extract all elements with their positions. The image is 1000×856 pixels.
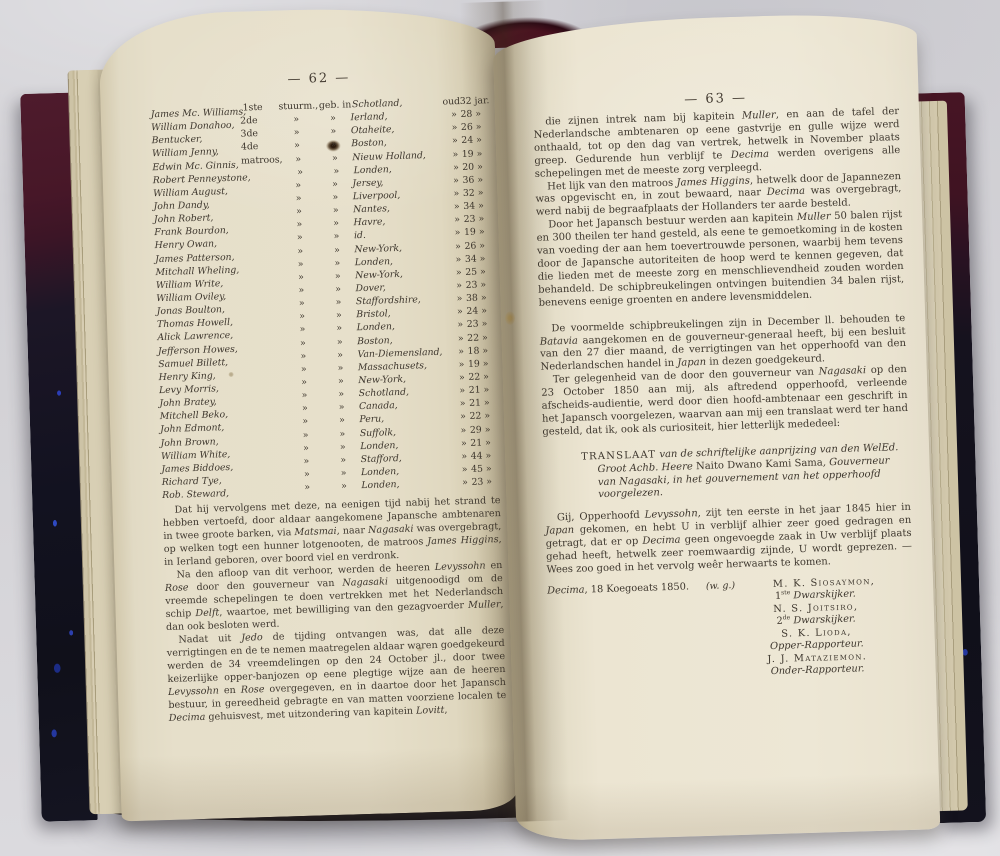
- crew-age: 22: [466, 411, 482, 422]
- crew-rank: [245, 346, 284, 347]
- crew-age-prefix: »: [449, 306, 463, 317]
- paragraph: Dat hij vervolgens met deze, na eenigen …: [162, 494, 502, 569]
- crew-age-suffix: »: [473, 148, 490, 159]
- crew-age-suffix: »: [476, 240, 493, 251]
- crew-birthplace: New-York,: [355, 267, 448, 281]
- crew-birthplace: Bristol,: [356, 307, 449, 321]
- crew-age-suffix: »: [475, 200, 492, 211]
- crew-rank: [246, 398, 285, 399]
- crew-rank: [243, 280, 282, 281]
- crew-rank-ditto: »: [285, 376, 324, 388]
- crew-born-in: »: [324, 388, 359, 400]
- crew-rank-ditto: »: [281, 258, 320, 270]
- crew-age-prefix: »: [450, 346, 464, 357]
- crew-birthplace: Boston,: [357, 333, 450, 347]
- crew-birthplace: Jersey,: [352, 175, 445, 189]
- crew-age: 24: [463, 306, 479, 317]
- crew-birthplace: Londen,: [360, 438, 453, 452]
- crew-age: 21: [465, 398, 481, 409]
- crew-rank-ditto: »: [287, 455, 326, 467]
- crew-rank: [245, 359, 284, 360]
- crew-birthplace: Londen,: [355, 254, 448, 268]
- crew-rank-ditto: stuurm.,: [278, 100, 318, 112]
- crew-rank: [248, 451, 287, 452]
- crew-age-suffix: »: [475, 187, 492, 198]
- crew-born-in: »: [319, 244, 354, 256]
- crew-age: 25: [461, 266, 477, 277]
- crew-rank: [242, 254, 281, 255]
- paragraph: Nadat uit Jedo de tijding ontvangen was,…: [166, 624, 507, 725]
- crew-rank-ditto: »: [277, 127, 316, 139]
- crew-born-in: »: [323, 375, 358, 387]
- crew-born-in: »: [324, 401, 359, 413]
- crew-rank: [247, 425, 286, 426]
- crew-age-suffix: »: [472, 108, 489, 119]
- crew-rank-ditto: »: [286, 416, 325, 428]
- crew-age: 21: [467, 437, 483, 448]
- crew-rank-ditto: »: [282, 297, 321, 309]
- crew-age-prefix: »: [448, 254, 462, 265]
- crew-born-in: »: [319, 218, 354, 230]
- crew-rank: [248, 438, 287, 439]
- crew-rank-ditto: »: [280, 219, 319, 231]
- crew-rank-ditto: »: [281, 271, 320, 283]
- crew-rank: [247, 412, 286, 413]
- crew-age: 23: [463, 319, 479, 330]
- crew-born-in: »: [316, 139, 351, 151]
- crew-age-suffix: »: [476, 227, 493, 238]
- crew-rank-ditto: »: [284, 350, 323, 362]
- crew-age-suffix: »: [482, 450, 499, 461]
- crew-rank-ditto: »: [285, 402, 324, 414]
- crew-age: 24: [458, 135, 474, 146]
- crew-age-suffix: »: [474, 161, 491, 172]
- crew-age-prefix: »: [444, 122, 458, 133]
- crew-born-in: »: [326, 454, 361, 466]
- crew-rank-ditto: »: [283, 324, 322, 336]
- paragraph: Ter gelegenheid van de door den gouverne…: [541, 364, 909, 439]
- crew-born-in: »: [320, 257, 355, 269]
- crew-age-prefix: »: [454, 464, 468, 475]
- crew-birthplace: Peru,: [359, 412, 452, 426]
- crew-rank-ditto: »: [287, 468, 326, 480]
- crew-age: 19: [464, 358, 480, 369]
- crew-age-suffix: »: [482, 424, 499, 435]
- crew-rank: [240, 188, 279, 189]
- crew-age: 21: [465, 385, 481, 396]
- crew-age-suffix: »: [481, 397, 498, 408]
- crew-rank-ditto: »: [281, 166, 320, 178]
- crew-age: 22: [465, 372, 481, 383]
- crew-age: 20: [459, 161, 475, 172]
- crew-age-suffix: »: [480, 384, 497, 395]
- crew-born-in: »: [322, 336, 357, 348]
- crew-age: 22: [463, 332, 479, 343]
- crew-age-prefix: »: [452, 411, 466, 422]
- crew-age-suffix: jar.: [471, 95, 488, 106]
- crew-birthplace: Ierland,: [350, 110, 443, 124]
- crew-age-prefix: »: [443, 109, 457, 120]
- crew-birthplace: Dover,: [355, 280, 448, 294]
- crew-rank: [243, 293, 282, 294]
- crew-rank-ditto: »: [279, 153, 318, 165]
- crew-age-prefix: »: [451, 359, 465, 370]
- crew-rank: [241, 201, 280, 202]
- crew-rank: matroos,: [239, 154, 279, 166]
- crew-rank-ditto: »: [288, 481, 327, 493]
- right-page-paragraphs: die zijnen intrek nam bij kapitein Mulle…: [533, 106, 908, 439]
- crew-rank: [241, 215, 280, 216]
- crew-rank-ditto: »: [287, 442, 326, 454]
- crew-age-prefix: »: [451, 372, 465, 383]
- crew-birthplace: Londen,: [361, 464, 454, 478]
- crew-age-suffix: »: [480, 371, 497, 382]
- crew-born-in: »: [321, 296, 356, 308]
- crew-born-in: »: [317, 178, 352, 190]
- crew-rank-ditto: »: [284, 363, 323, 375]
- crew-age-suffix: »: [478, 292, 495, 303]
- crew-age: 34: [460, 201, 476, 212]
- crew-age-suffix: »: [480, 358, 497, 369]
- crew-birthplace: Canada,: [359, 399, 452, 413]
- crew-born-in: »: [318, 191, 353, 203]
- crew-age: 38: [462, 293, 478, 304]
- crew-rank: 3de: [238, 128, 277, 140]
- signature-block: Decima, 18 Koegoeats 1850. (w. g.) M. K.…: [547, 575, 916, 684]
- crew-born-in: »: [319, 231, 354, 243]
- crew-birthplace: Schotland,: [359, 386, 452, 400]
- crew-age-prefix: »: [452, 398, 466, 409]
- crew-rank-ditto: »: [280, 232, 319, 244]
- crew-age: 44: [467, 450, 483, 461]
- crew-list: James Mc. Williams, 1ste stuurm., geb. i…: [151, 95, 501, 499]
- crew-age-suffix: »: [483, 476, 500, 487]
- crew-age: 23: [468, 477, 484, 488]
- crew-age-prefix: »: [446, 214, 460, 225]
- crew-born-in: »: [321, 283, 356, 295]
- crew-age: 45: [467, 463, 483, 474]
- page-number-right: — 63 —: [530, 12, 898, 112]
- crew-age: 32: [456, 96, 471, 107]
- crew-rank: [244, 307, 283, 308]
- crew-age: 26: [461, 240, 477, 251]
- crew-age-prefix: »: [444, 136, 458, 147]
- crew-birthplace: Liverpool,: [353, 188, 446, 202]
- crew-age: 19: [460, 227, 476, 238]
- crew-age-suffix: »: [478, 318, 495, 329]
- crew-age: 26: [457, 122, 473, 133]
- crew-age-suffix: »: [473, 121, 490, 132]
- crew-rank-ditto: »: [279, 192, 318, 204]
- crew-age-suffix: »: [475, 213, 492, 224]
- crew-birthplace: Van-Diemensland,: [357, 346, 450, 360]
- crew-rank: [249, 490, 288, 491]
- crew-age-suffix: »: [478, 305, 495, 316]
- page-number-left: — 62 —: [148, 4, 488, 91]
- crew-birthplace: id.: [354, 228, 447, 242]
- crew-born-in: »: [320, 270, 355, 282]
- dateline: Decima, 18 Koegoeats 1850.: [547, 581, 689, 596]
- crew-birthplace: Nantes,: [353, 202, 446, 216]
- crew-age-prefix: oud: [442, 96, 456, 107]
- crew-age: 18: [464, 345, 480, 356]
- crew-rank: [248, 464, 287, 465]
- crew-age-prefix: »: [445, 149, 459, 160]
- crew-age-prefix: »: [445, 175, 459, 186]
- crew-age-prefix: »: [450, 333, 464, 344]
- translaat-heading: TRANSLAAT van de schriftelijke aanprijzi…: [543, 442, 910, 504]
- crew-born-in: »: [317, 152, 352, 164]
- crew-age-suffix: »: [477, 279, 494, 290]
- crew-rank-ditto: »: [283, 311, 322, 323]
- crew-rank-ditto: »: [282, 284, 321, 296]
- crew-age-prefix: »: [448, 280, 462, 291]
- crew-born-in: »: [326, 480, 361, 492]
- crew-born-in: »: [316, 126, 351, 138]
- crew-age-prefix: »: [449, 293, 463, 304]
- crew-age-suffix: »: [482, 437, 499, 448]
- crew-name: Rob. Steward,: [162, 488, 249, 502]
- crew-birthplace: Londen,: [361, 477, 454, 491]
- crew-rank: 4de: [239, 141, 278, 153]
- crew-age-prefix: »: [447, 241, 461, 252]
- page-right-content: — 63 — die zijnen intrek nam bij kapitei…: [492, 11, 935, 685]
- crew-age-prefix: »: [453, 438, 467, 449]
- crew-born-in: »: [323, 349, 358, 361]
- crew-age: 28: [457, 109, 473, 120]
- crew-age-suffix: »: [477, 266, 494, 277]
- crew-age-prefix: »: [446, 188, 460, 199]
- crew-age-suffix: »: [477, 253, 494, 264]
- crew-born-in: geb. in: [318, 99, 352, 111]
- crew-rank-ditto: »: [286, 429, 325, 441]
- crew-age-prefix: »: [451, 385, 465, 396]
- signed-abbreviation: (w. g.): [706, 580, 735, 592]
- crew-age-suffix: »: [481, 410, 498, 421]
- crew-age-prefix: »: [454, 477, 468, 488]
- photo-background: — 62 — James Mc. Williams, 1ste stuurm.,…: [0, 0, 1000, 856]
- crew-rank: [246, 385, 285, 386]
- crew-age-prefix: »: [449, 319, 463, 330]
- crew-birthplace: Nieuw Holland,: [352, 149, 445, 163]
- crew-birthplace: Havre,: [353, 215, 446, 229]
- crew-birthplace: Massachusets,: [358, 359, 451, 373]
- page-left: — 62 — James Mc. Williams, 1ste stuurm.,…: [98, 4, 518, 821]
- crew-age-suffix: »: [483, 463, 500, 474]
- crew-birthplace: New-York,: [354, 241, 447, 255]
- crew-born-in: »: [324, 415, 359, 427]
- crew-rank-ditto: »: [280, 205, 319, 217]
- crew-rank: [241, 228, 280, 229]
- signature-column: 1ste Dwarskijker. N. S. Joitsiro, 2de Dw…: [717, 587, 915, 679]
- crew-born-in: »: [316, 112, 351, 124]
- crew-birthplace: Boston,: [351, 136, 444, 150]
- crew-birthplace: New-York,: [358, 372, 451, 386]
- page-left-content: — 62 — James Mc. Williams, 1ste stuurm.,…: [98, 4, 515, 727]
- crew-rank-ditto: »: [277, 113, 316, 125]
- page-right: — 63 — die zijnen intrek nam bij kapitei…: [492, 11, 940, 841]
- left-page-paragraphs: Dat hij vervolgens met deze, na eenigen …: [162, 494, 506, 725]
- crew-rank: [242, 241, 281, 242]
- crew-rank: [245, 333, 284, 334]
- crew-rank: [249, 477, 288, 478]
- crew-rank: [246, 372, 285, 373]
- crew-age-suffix: »: [479, 345, 496, 356]
- crew-birthplace: Suffolk,: [360, 425, 453, 439]
- crew-born-in: »: [325, 428, 360, 440]
- crew-rank-ditto: »: [279, 179, 318, 191]
- crew-birthplace: Otaheite,: [351, 123, 444, 137]
- crew-age: 36: [459, 175, 475, 186]
- paragraph: Door het Japansch bestuur werden aan kap…: [536, 209, 905, 310]
- crew-age: 32: [459, 188, 475, 199]
- crew-age: 19: [458, 148, 474, 159]
- crew-birthplace: Staffordshire,: [356, 294, 449, 308]
- crew-age-prefix: »: [448, 267, 462, 278]
- crew-age-prefix: »: [453, 425, 467, 436]
- open-book: — 62 — James Mc. Williams, 1ste stuurm.,…: [14, 0, 986, 848]
- crew-born-in: »: [326, 467, 361, 479]
- crew-age: 29: [466, 424, 482, 435]
- crew-age-suffix: »: [474, 174, 491, 185]
- crew-rank: [243, 267, 282, 268]
- paragraph: Na den afloop van dit verhoor, werden de…: [164, 559, 504, 634]
- crew-age-prefix: »: [447, 228, 461, 239]
- crew-born-in: »: [318, 204, 353, 216]
- crew-age: 23: [460, 214, 476, 225]
- crew-age-suffix: »: [473, 135, 490, 146]
- crew-born-in: »: [323, 362, 358, 374]
- crew-rank: [244, 320, 283, 321]
- crew-rank-ditto: »: [281, 245, 320, 257]
- crew-born-in: »: [321, 309, 356, 321]
- crew-birthplace: Londen,: [353, 162, 445, 176]
- crew-age-prefix: »: [445, 162, 459, 173]
- crew-age-suffix: »: [479, 332, 496, 343]
- crew-birthplace: Londen,: [357, 320, 450, 334]
- crew-age-prefix: »: [446, 201, 460, 212]
- crew-rank-ditto: »: [285, 389, 324, 401]
- paragraph: die zijnen intrek nam bij kapitein Mulle…: [533, 106, 901, 181]
- crew-birthplace: Schotland,: [352, 97, 443, 111]
- crew-born-in: »: [325, 441, 360, 453]
- crew-age-prefix: »: [453, 451, 467, 462]
- crew-age: 23: [462, 280, 478, 291]
- translaat-body: Gij, Opperhoofd Levyssohn, zijt ten eers…: [545, 502, 913, 577]
- crew-birthplace: Stafford,: [360, 451, 453, 465]
- crew-age: 34: [461, 253, 477, 264]
- crew-rank: 1ste: [241, 101, 279, 113]
- crew-rank-ditto: »: [278, 140, 317, 152]
- crew-born-in: »: [322, 323, 357, 335]
- crew-born-in: »: [319, 165, 354, 177]
- crew-rank-ditto: »: [283, 337, 322, 349]
